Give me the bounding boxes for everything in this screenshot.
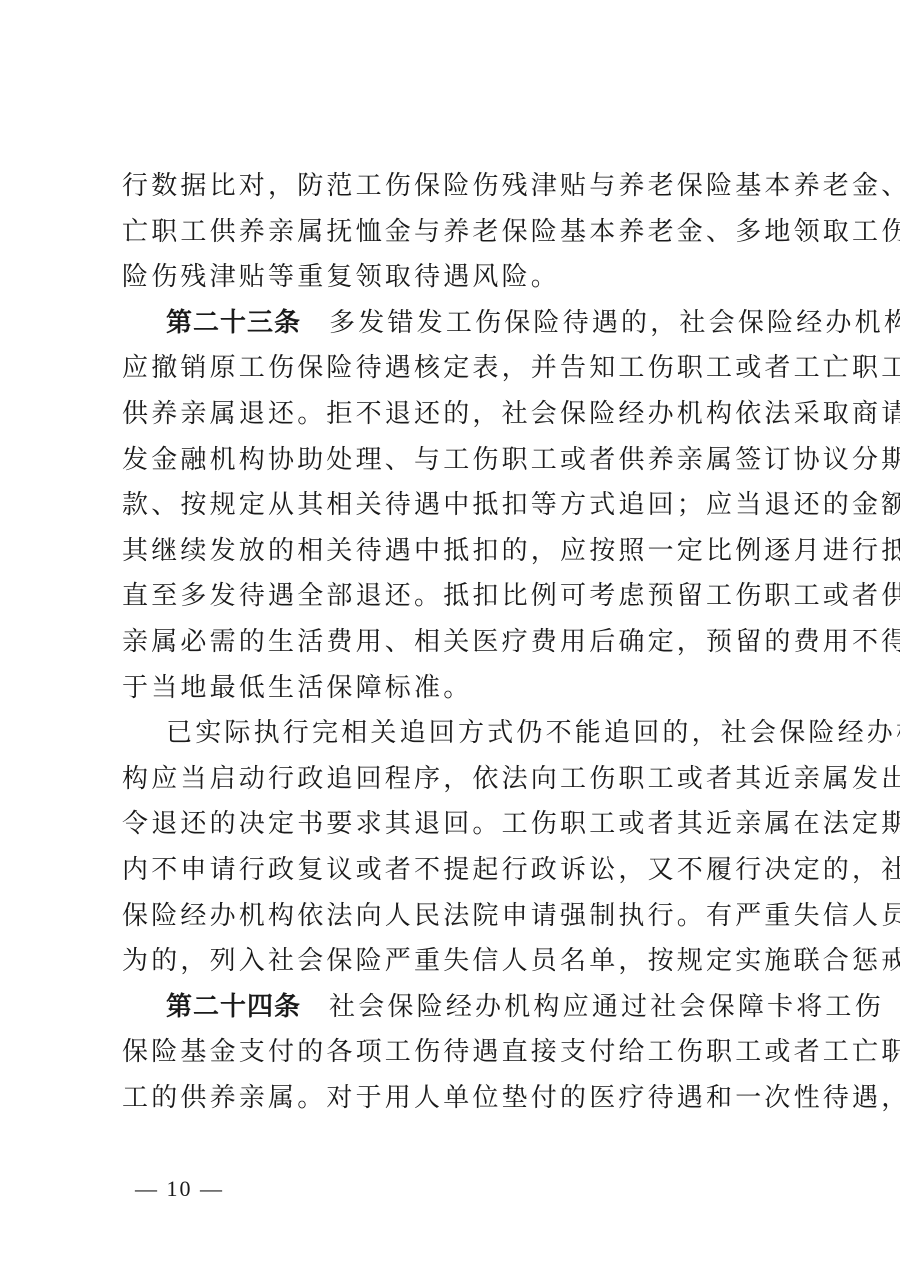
- text-line: 亲属必需的生活费用、相关医疗费用后确定，预留的费用不得低: [122, 624, 788, 670]
- article-text: 多发错发工伤保险待遇的，社会保险经办机构: [329, 308, 900, 338]
- article-number: 第二十三条: [166, 308, 301, 338]
- text-line: 款、按规定从其相关待遇中抵扣等方式追回；应当退还的金额从: [122, 487, 788, 533]
- text-line: 令退还的决定书要求其退回。工伤职工或者其近亲属在法定期限: [122, 806, 788, 852]
- text-line: 构应当启动行政追回程序，依法向工伤职工或者其近亲属发出责: [122, 761, 788, 807]
- text-line: 内不申请行政复议或者不提起行政诉讼，又不履行决定的，社会: [122, 852, 788, 898]
- text-line: 直至多发待遇全部退还。抵扣比例可考虑预留工伤职工或者供养: [122, 578, 788, 624]
- text-line: 供养亲属退还。拒不退还的，社会保险经办机构依法采取商请代: [122, 396, 788, 442]
- text-line: 保险基金支付的各项工伤待遇直接支付给工伤职工或者工亡职: [122, 1034, 788, 1080]
- text-line: 其继续发放的相关待遇中抵扣的，应按照一定比例逐月进行抵扣，: [122, 533, 788, 579]
- document-body: 行数据比对，防范工伤保险伤残津贴与养老保险基本养老金、工 亡职工供养亲属抚恤金与…: [122, 168, 792, 1125]
- text-line: 亡职工供养亲属抚恤金与养老保险基本养老金、多地领取工伤保: [122, 214, 788, 260]
- article-text: 社会保险经办机构应通过社会保障卡将工伤: [329, 992, 884, 1022]
- text-line: 发金融机构协助处理、与工伤职工或者供养亲属签订协议分期还: [122, 442, 788, 488]
- text-line: 于当地最低生活保障标准。: [122, 670, 788, 716]
- text-line: 工的供养亲属。对于用人单位垫付的医疗待遇和一次性待遇，在: [122, 1080, 788, 1126]
- text-line: 险伤残津贴等重复领取待遇风险。: [122, 259, 788, 305]
- text-line: 保险经办机构依法向人民法院申请强制执行。有严重失信人员行: [122, 898, 788, 944]
- text-line: 行数据比对，防范工伤保险伤残津贴与养老保险基本养老金、工: [122, 168, 788, 214]
- article-number: 第二十四条: [166, 992, 301, 1022]
- page-number: — 10 —: [135, 1176, 224, 1202]
- text-line: 应撤销原工伤保险待遇核定表，并告知工伤职工或者工亡职工的: [122, 350, 788, 396]
- article-23-heading-line: 第二十三条多发错发工伤保险待遇的，社会保险经办机构: [122, 305, 788, 351]
- article-24-heading-line: 第二十四条社会保险经办机构应通过社会保障卡将工伤: [122, 989, 788, 1035]
- paragraph-start-line: 已实际执行完相关追回方式仍不能追回的，社会保险经办机: [122, 715, 788, 761]
- text-line: 为的，列入社会保险严重失信人员名单，按规定实施联合惩戒。: [122, 943, 788, 989]
